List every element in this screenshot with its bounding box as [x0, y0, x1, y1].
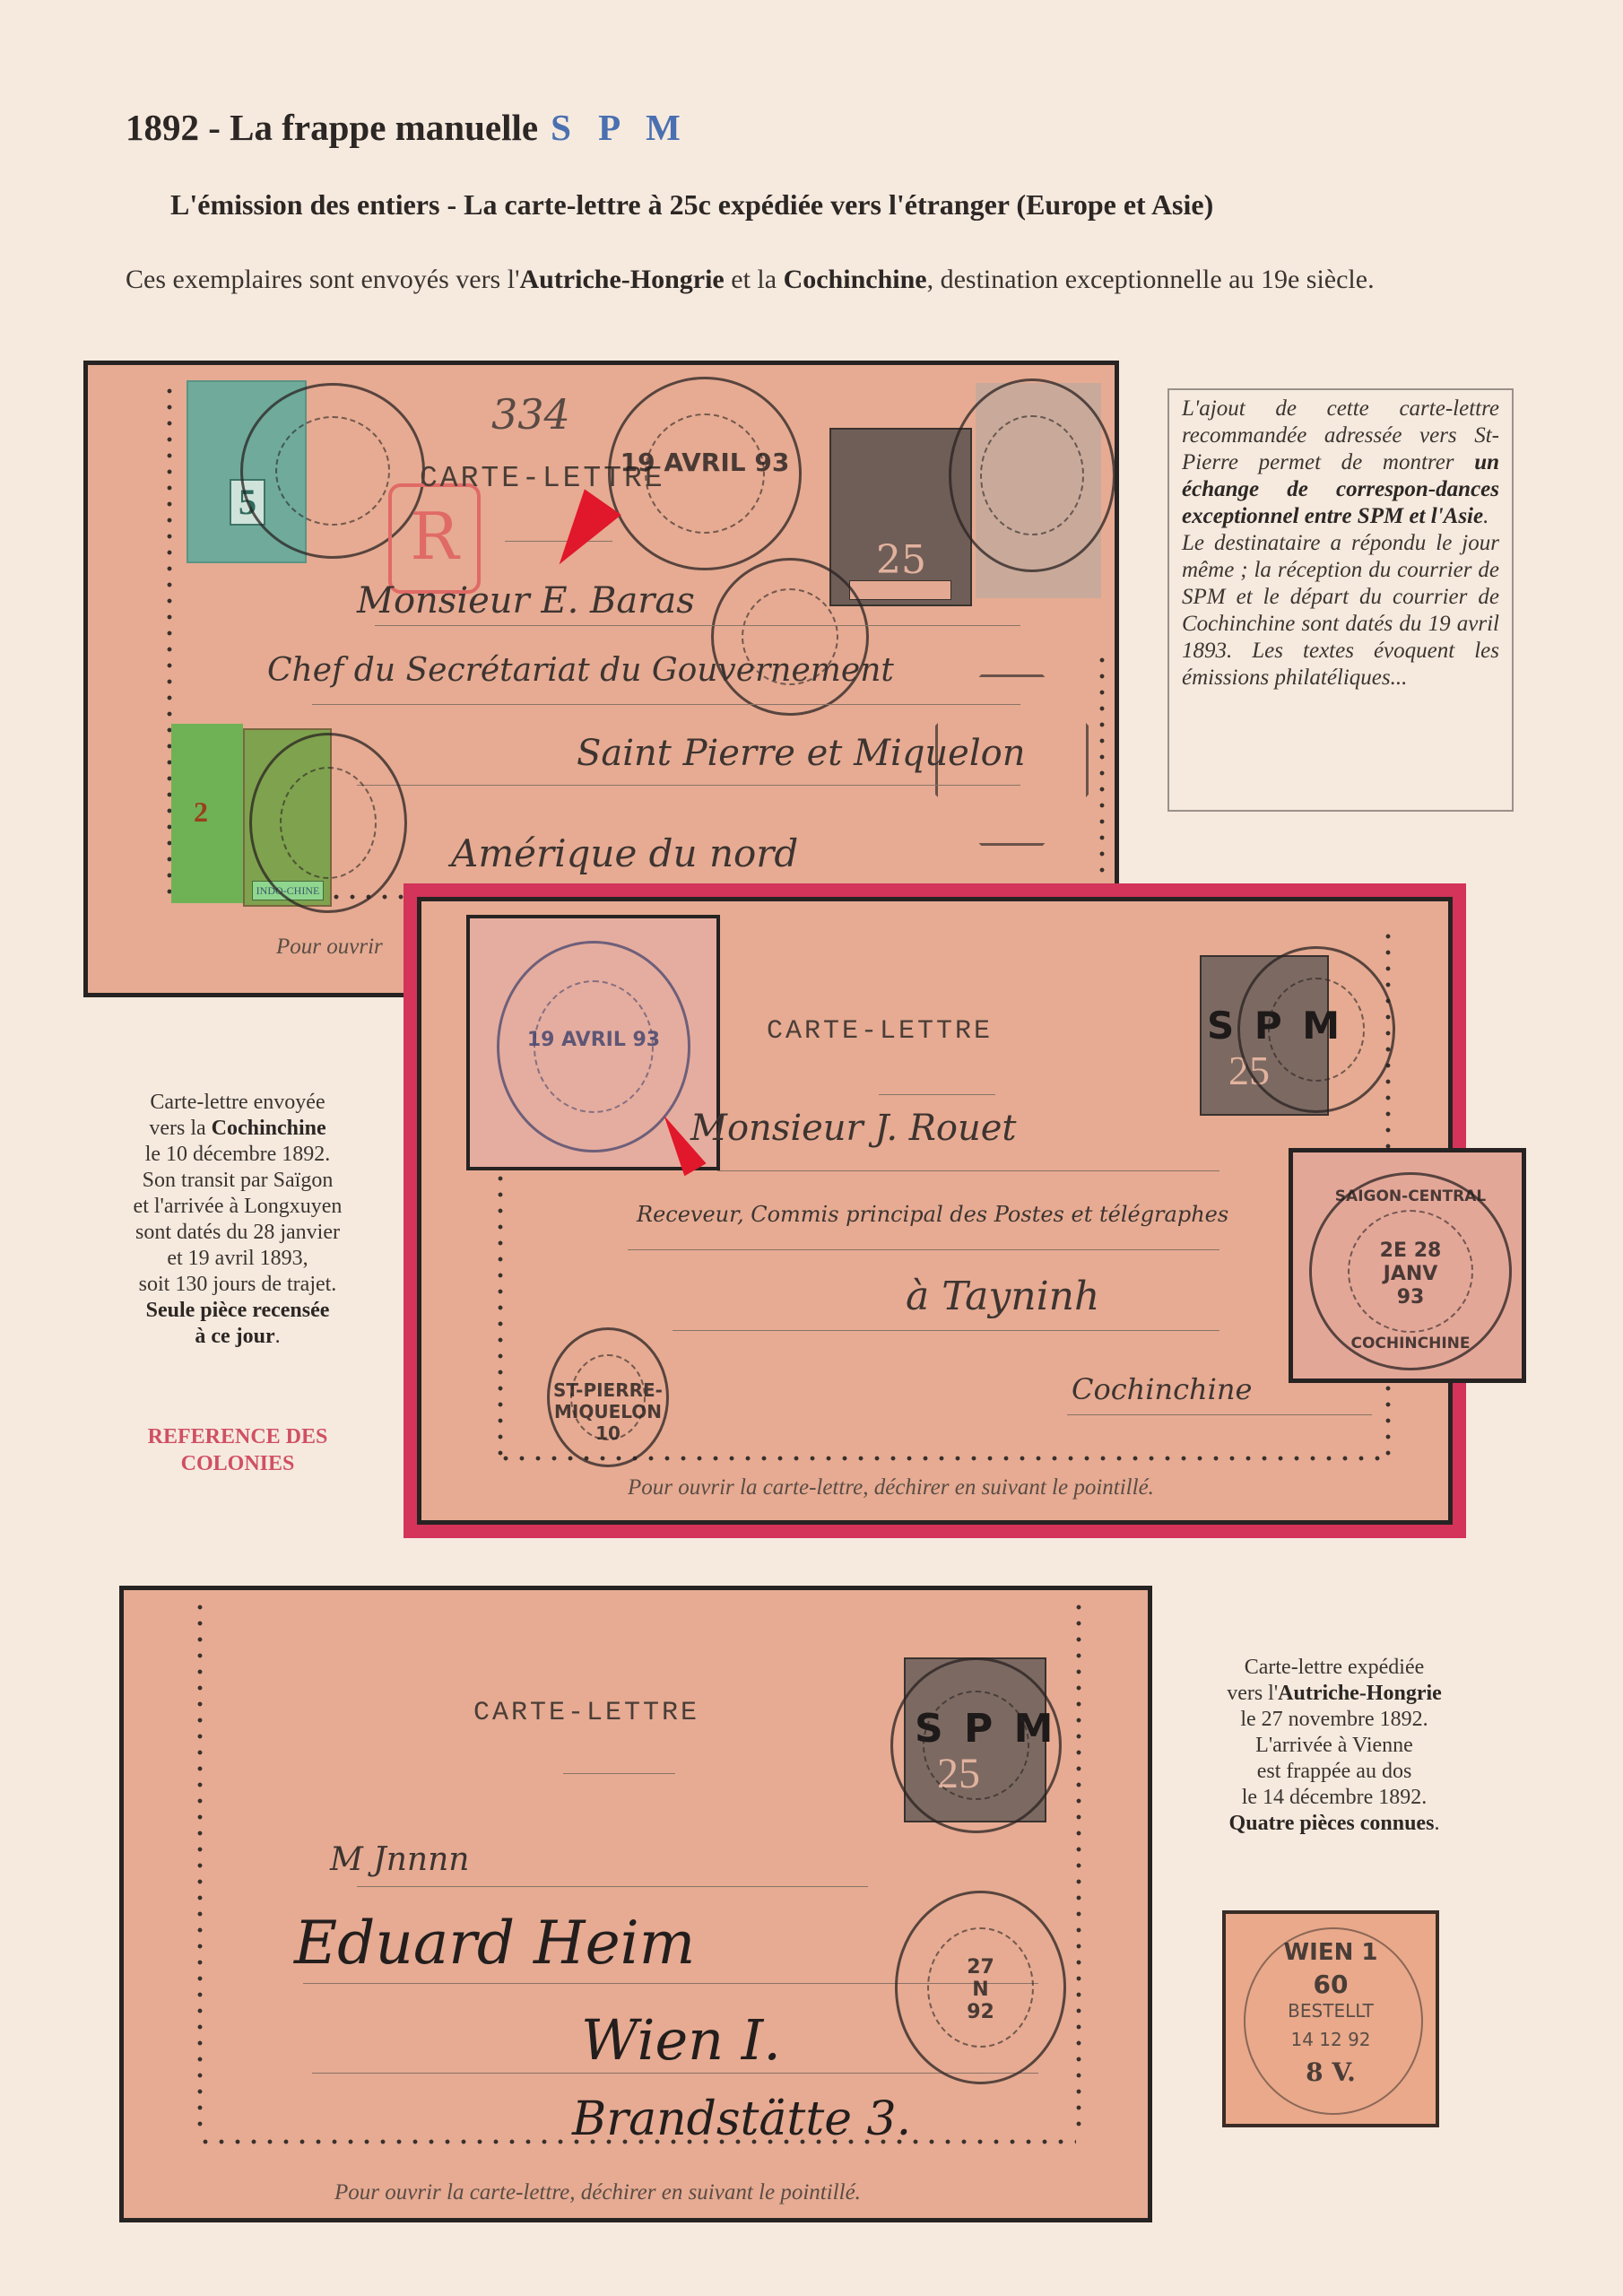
perforation: [1076, 1599, 1081, 2137]
card-footer: Pour ouvrir: [276, 935, 383, 960]
address-rule: [357, 785, 1020, 786]
address-rule: [717, 1170, 1219, 1171]
note-asia-exchange: L'ajout de cette carte-lettre recommandé…: [1167, 388, 1514, 812]
address-rule: [312, 704, 1020, 705]
vienna-inset: WIEN 1 60 BESTELLT 14 12 92 8 V.: [1222, 1910, 1439, 2127]
note-line: le 10 décembre 1892.: [103, 1142, 372, 1168]
saigon-cancel: SAIGON-CENTRAL 2E 28 JANV 93 COCHINCHINE: [1309, 1172, 1512, 1370]
stamp-margin: 2: [171, 724, 243, 903]
address-line-1: M Jnnnn: [330, 1841, 469, 1878]
note-line: Carte-lettre envoyée: [103, 1090, 372, 1116]
note-line: Quatre pièces connues.: [1155, 1811, 1514, 1837]
cancel-year: 92: [967, 2001, 994, 2023]
page-title: 1892 - La frappe manuelleS P M: [126, 106, 690, 149]
address-rule: [375, 625, 1020, 626]
page-subtitle: L'émission des entiers - La carte-lettre…: [170, 188, 1213, 222]
address-line-3: Wien I.: [581, 2007, 781, 2073]
perforation: [197, 1599, 203, 2137]
note-line: Seule pièce recensée: [103, 1298, 372, 1324]
address-line-1: Monsieur J. Rouet: [690, 1108, 1016, 1149]
note-line: vers l'Autriche-Hongrie: [1155, 1681, 1514, 1707]
intro-text: et la: [725, 265, 784, 294]
note-text: L'ajout de cette carte-lettre recommandé…: [1182, 396, 1499, 474]
perforation: [1099, 652, 1105, 894]
registration-number: 334: [491, 390, 570, 439]
note-line: soit 130 jours de trajet.: [103, 1272, 372, 1298]
address-rule: [357, 1886, 868, 1887]
address-rule: [628, 1249, 1219, 1250]
divider-rule: [879, 1094, 995, 1095]
margin-number: 2: [194, 796, 208, 829]
card-3-frame: CARTE-LETTRE S P M 25 M Jnnnn Eduard Hei…: [119, 1586, 1152, 2222]
vienna-cancel-ring: [1244, 1927, 1423, 2115]
saigon-central-inset: SAIGON-CENTRAL 2E 28 JANV 93 COCHINCHINE: [1289, 1148, 1526, 1383]
note-line: le 14 décembre 1892.: [1155, 1785, 1514, 1811]
intro-bold-cochinchine: Cochinchine: [784, 265, 927, 294]
longxuyen-cancel: [249, 733, 407, 913]
red-pointer-arrow: [541, 489, 621, 577]
note-line: le 27 novembre 1892.: [1155, 1707, 1514, 1733]
address-line-4: Brandstätte 3.: [572, 2092, 911, 2146]
longxuyen-cancel: 19 AVRIL 93: [608, 377, 802, 570]
saint-pierre-cancel: [711, 558, 869, 716]
intro-paragraph: Ces exemplaires sont envoyés vers l'Autr…: [126, 263, 1506, 297]
address-line-2: Eduard Heim: [294, 1909, 695, 1978]
longxuyen-cancel: [949, 378, 1115, 572]
card-heading: CARTE-LETTRE: [473, 1698, 699, 1728]
divider-rule: [563, 1773, 675, 1774]
note-line: Son transit par Saïgon: [103, 1168, 372, 1194]
cancel-month: N: [972, 1979, 988, 2001]
note-line: sont datés du 28 janvier: [103, 1220, 372, 1246]
address-rule: [312, 2073, 1038, 2074]
address-line-3: à Tayninh: [906, 1274, 1099, 1319]
note-line: à ce jour.: [103, 1324, 372, 1350]
card-3: CARTE-LETTRE S P M 25 M Jnnnn Eduard Hei…: [124, 1590, 1148, 2218]
note-line: vers la Cochinchine: [103, 1116, 372, 1142]
saigon-time: 2E: [1380, 1239, 1407, 1262]
note-line: Carte-lettre expédiée: [1155, 1655, 1514, 1681]
saigon-day: 28: [1414, 1239, 1442, 1262]
saint-pierre-cancel: [890, 1657, 1062, 1833]
saigon-month: JANV: [1312, 1263, 1509, 1285]
address-line-2: Receveur, Commis principal des Postes et…: [637, 1202, 1228, 1227]
note-line: est frappée au dos: [1155, 1759, 1514, 1785]
address-line-4: Cochinchine: [1072, 1372, 1252, 1406]
address-line-2: Chef du Secrétariat du Gouvernement: [267, 652, 894, 689]
stamp-value: 25: [876, 537, 926, 583]
intro-bold-austria: Autriche-Hongrie: [519, 265, 724, 294]
note-text: Le destinataire a répondu le jour même ;…: [1182, 531, 1499, 690]
note-cochinchine: Carte-lettre envoyée vers la Cochinchine…: [103, 1090, 372, 1350]
note-text: .: [1483, 504, 1488, 528]
page-title-main: 1892 - La frappe manuelle: [126, 107, 538, 148]
longxuyen-inset: 19 AVRIL 93: [466, 915, 720, 1170]
address-rule: [1067, 1414, 1372, 1415]
saint-pierre-cancel: ST-PIERRE-MIQUELON 10: [547, 1327, 669, 1467]
address-line-3: Saint Pierre et Miquelon: [577, 733, 1026, 774]
cancel-day: 27: [967, 1956, 994, 1979]
intro-text: Ces exemplaires sont envoyés vers l': [126, 265, 519, 294]
saigon-year: 93: [1312, 1286, 1509, 1309]
note-austria: Carte-lettre expédiée vers l'Autriche-Ho…: [1155, 1655, 1514, 1837]
card-footer: Pour ouvrir la carte-lettre, déchirer en…: [334, 2180, 861, 2205]
card-heading: CARTE-LETTRE: [767, 1016, 993, 1047]
saint-pierre-cancel: 27N92: [895, 1891, 1066, 2084]
card-footer: Pour ouvrir la carte-lettre, déchirer en…: [628, 1475, 1154, 1500]
page-title-accent: S P M: [551, 107, 690, 148]
address-line-1: Monsieur E. Baras: [357, 580, 695, 622]
intro-text: , destination exceptionnelle au 19e sièc…: [927, 265, 1375, 294]
note-line: et 19 avril 1893,: [103, 1246, 372, 1272]
saint-pierre-cancel: [1237, 946, 1395, 1113]
registered-mark: R: [388, 483, 481, 594]
note-line: et l'arrivée à Longxuyen: [103, 1194, 372, 1220]
address-line-4: Amérique du nord: [451, 831, 798, 875]
address-rule: [673, 1330, 1219, 1331]
reference-label: REFERENCE DES COLONIES: [103, 1423, 372, 1477]
note-line: L'arrivée à Vienne: [1155, 1733, 1514, 1759]
